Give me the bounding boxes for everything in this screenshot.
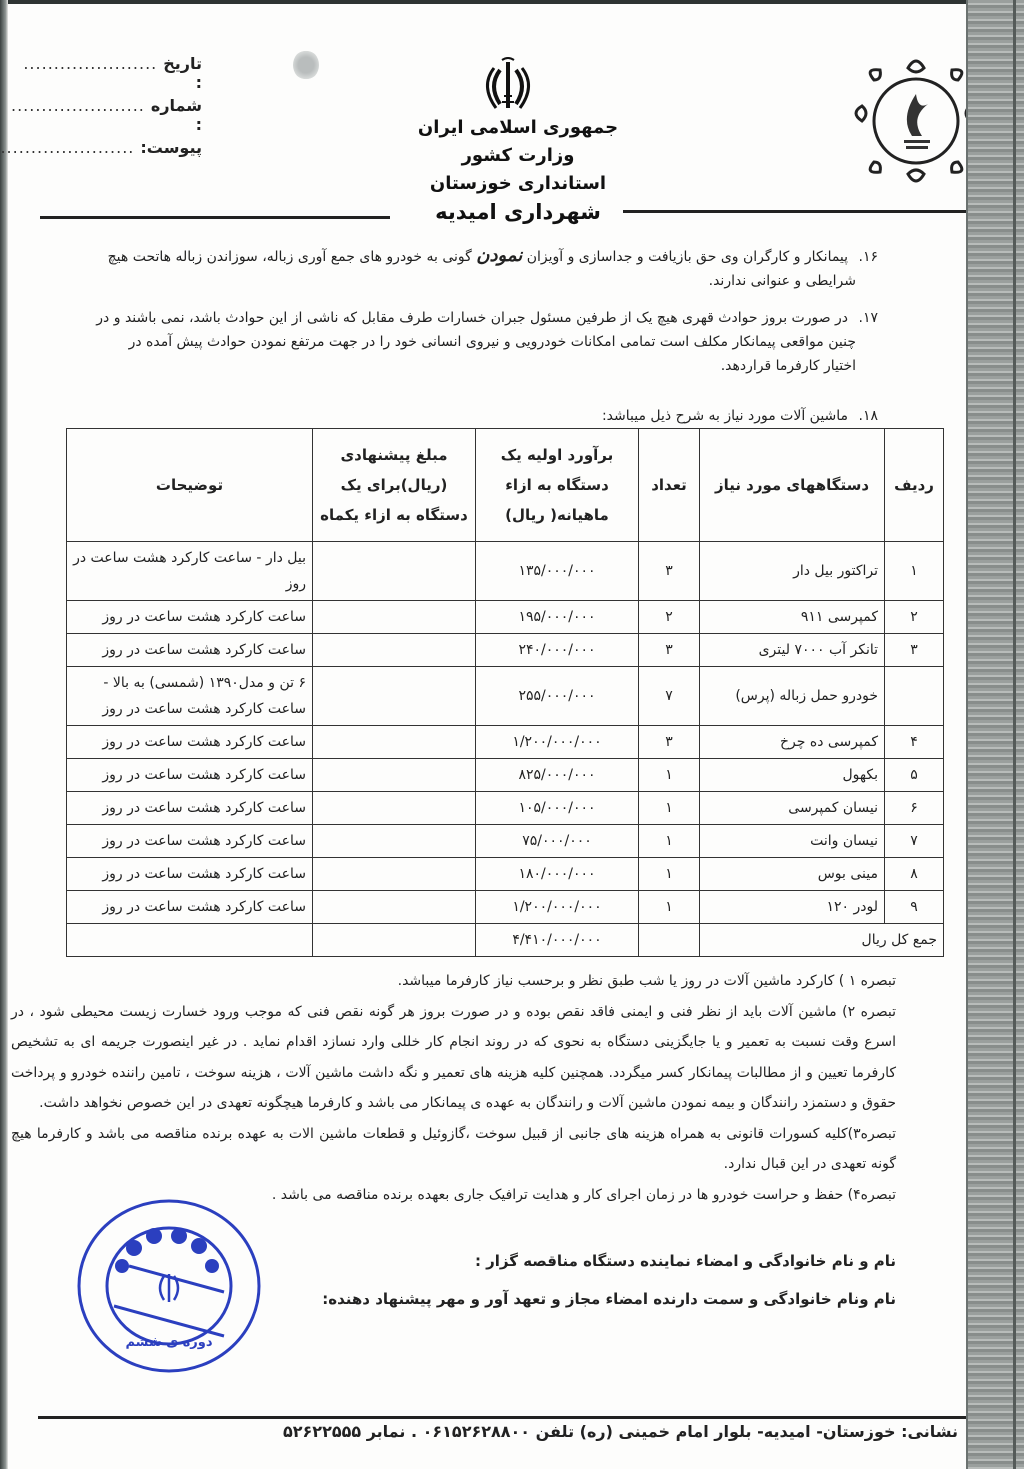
cell-quantity: ۱ — [639, 825, 700, 858]
cell-description: ساعت کارکرد هشت ساعت در روز — [67, 634, 313, 667]
cell-quantity: ۲ — [639, 601, 700, 634]
header-description: توضیحات — [67, 429, 313, 542]
cell-description: ساعت کارکرد هشت ساعت در روز — [67, 858, 313, 891]
cell-equipment: لودر ۱۲۰ — [700, 891, 885, 924]
cell-equipment: خودرو حمل زباله (پرس) — [700, 667, 885, 726]
cell-offer-input[interactable] — [313, 601, 476, 634]
cell-estimate: ۱۳۵/۰۰۰/۰۰۰ — [476, 542, 639, 601]
cell-description: ۶ تن و مدل۱۳۹۰ (شمسی) به بالا - ساعت کار… — [67, 667, 313, 726]
note-1: تبصره ۱ ) کارکرد ماشین آلات در روز یا شب… — [11, 966, 896, 997]
total-qty-empty — [639, 924, 700, 957]
footer-divider — [38, 1416, 966, 1419]
cell-equipment: تانکر آب ۷۰۰۰ لیتری — [700, 634, 885, 667]
header-index: ردیف — [885, 429, 944, 542]
cell-equipment: مینی بوس — [700, 858, 885, 891]
table-row: خودرو حمل زباله (پرس) ۷ ۲۵۵/۰۰۰/۰۰۰ ۶ تن… — [67, 667, 944, 726]
number-value: ...................... — [11, 96, 145, 138]
clause-18-text: ماشین آلات مورد نیاز به شرح ذیل میباشد: — [602, 408, 848, 424]
table-row: ۱ تراکتور بیل دار ۳ ۱۳۵/۰۰۰/۰۰۰ بیل دار … — [67, 542, 944, 601]
table-row: ۳ تانکر آب ۷۰۰۰ لیتری ۳ ۲۴۰/۰۰۰/۰۰۰ ساعت… — [67, 634, 944, 667]
cell-quantity: ۳ — [639, 634, 700, 667]
table-row: ۲ کمپرسی ۹۱۱ ۲ ۱۹۵/۰۰۰/۰۰۰ ساعت کارکرد ه… — [67, 601, 944, 634]
date-label: تاریخ : — [163, 54, 202, 96]
equipment-table: ردیف دستگاههای مورد نیاز تعداد برآورد او… — [66, 428, 944, 957]
letterhead-line-3: استانداری خوزستان — [388, 170, 648, 198]
header-equipment: دستگاههای مورد نیاز — [700, 429, 885, 542]
cell-index: ۹ — [885, 891, 944, 924]
cell-quantity: ۱ — [639, 858, 700, 891]
clause-17-number: ۱۷. — [859, 310, 879, 326]
cell-offer-input[interactable] — [313, 891, 476, 924]
cell-estimate: ۱۰۵/۰۰۰/۰۰۰ — [476, 792, 639, 825]
cell-offer-input[interactable] — [313, 667, 476, 726]
cell-description: ساعت کارکرد هشت ساعت در روز — [67, 759, 313, 792]
footer-address: نشانی: خوزستان- امیدیه- بلوار امام خمینی… — [78, 1422, 958, 1441]
cell-estimate: ۱/۲۰۰/۰۰۰/۰۰۰ — [476, 726, 639, 759]
cell-offer-input[interactable] — [313, 634, 476, 667]
date-row: تاریخ : ...................... — [42, 54, 202, 96]
cell-index — [885, 667, 944, 726]
clause-18-number: ۱۸. — [859, 408, 879, 424]
municipality-title: شهرداری امیدیه — [388, 198, 648, 226]
cell-estimate: ۱۹۵/۰۰۰/۰۰۰ — [476, 601, 639, 634]
cell-index: ۳ — [885, 634, 944, 667]
cell-quantity: ۱ — [639, 792, 700, 825]
cell-equipment: بکهول — [700, 759, 885, 792]
cell-index: ۸ — [885, 858, 944, 891]
letterhead-titles: جمهوری اسلامی ایران وزارت کشور استانداری… — [388, 114, 648, 226]
letterhead-line-1: جمهوری اسلامی ایران — [388, 114, 648, 142]
total-description-empty — [67, 924, 313, 957]
scan-edge-left — [0, 0, 8, 1469]
attachment-value: ...................... — [0, 138, 134, 180]
clause-18: ۱۸. ماشین آلات مورد نیاز به شرح ذیل میبا… — [0, 404, 878, 428]
cell-quantity: ۱ — [639, 891, 700, 924]
clause-16-text-a: پیمانکار و کارگران وی حق بازیافت و جداسا… — [527, 249, 848, 265]
cell-equipment: کمپرسی ۹۱۱ — [700, 601, 885, 634]
clause-16-number: ۱۶. — [859, 249, 879, 265]
note-2: تبصره ۲) ماشین آلات باید از نظر فنی و ای… — [11, 997, 896, 1119]
cell-equipment: نیسان کمپرسی — [700, 792, 885, 825]
clause-16-text-c: شرایطی و عنوانی ندارند. — [0, 269, 878, 293]
table-row: ۴ کمپرسی ده چرخ ۳ ۱/۲۰۰/۰۰۰/۰۰۰ ساعت کار… — [67, 726, 944, 759]
clause-17: ۱۷. در صورت بروز حوادث قهری هیچ یک از طر… — [0, 306, 878, 378]
header-divider-right — [623, 210, 983, 213]
cell-description: ساعت کارکرد هشت ساعت در روز — [67, 891, 313, 924]
cell-equipment: نیسان وانت — [700, 825, 885, 858]
cell-description: بیل دار - ساعت کارکرد هشت ساعت در روز — [67, 542, 313, 601]
attachment-label: پیوست: — [140, 138, 202, 180]
iran-emblem-icon — [478, 56, 538, 116]
letter-meta: تاریخ : ...................... شماره : .… — [42, 54, 202, 180]
clause-16-text-b: گونی به خودرو های جمع آوری زباله، سوزاند… — [108, 249, 472, 265]
cell-index: ۲ — [885, 601, 944, 634]
cell-offer-input[interactable] — [313, 759, 476, 792]
cell-description: ساعت کارکرد هشت ساعت در روز — [67, 792, 313, 825]
table-total-row: جمع کل ریال ۴/۴۱۰/۰۰۰/۰۰۰ — [67, 924, 944, 957]
clause-17-text-b: چنین مواقعی پیمانکار مکلف است تمامی امکا… — [0, 330, 878, 354]
council-stamp-icon: دوره ی ششم — [74, 1196, 264, 1376]
cell-offer-input[interactable] — [313, 825, 476, 858]
date-value: ...................... — [23, 54, 157, 96]
total-value: ۴/۴۱۰/۰۰۰/۰۰۰ — [476, 924, 639, 957]
faded-seal-icon — [293, 50, 319, 80]
cell-index: ۷ — [885, 825, 944, 858]
municipality-logo-icon — [846, 46, 986, 196]
cell-index: ۱ — [885, 542, 944, 601]
cell-quantity: ۳ — [639, 726, 700, 759]
svg-text:دوره ی ششم: دوره ی ششم — [125, 1335, 212, 1350]
cell-description: ساعت کارکرد هشت ساعت در روز — [67, 601, 313, 634]
cell-quantity: ۷ — [639, 667, 700, 726]
table-header-row: ردیف دستگاههای مورد نیاز تعداد برآورد او… — [67, 429, 944, 542]
cell-equipment: کمپرسی ده چرخ — [700, 726, 885, 759]
header-quantity: تعداد — [639, 429, 700, 542]
cell-offer-input[interactable] — [313, 792, 476, 825]
cell-estimate: ۲۴۰/۰۰۰/۰۰۰ — [476, 634, 639, 667]
table-row: ۸ مینی بوس ۱ ۱۸۰/۰۰۰/۰۰۰ ساعت کارکرد هشت… — [67, 858, 944, 891]
notes-section: تبصره ۱ ) کارکرد ماشین آلات در روز یا شب… — [11, 966, 896, 1210]
cell-estimate: ۲۵۵/۰۰۰/۰۰۰ — [476, 667, 639, 726]
cell-offer-input[interactable] — [313, 858, 476, 891]
cell-estimate: ۱/۲۰۰/۰۰۰/۰۰۰ — [476, 891, 639, 924]
cell-offer-input[interactable] — [313, 542, 476, 601]
cell-quantity: ۳ — [639, 542, 700, 601]
number-row: شماره : ...................... — [42, 96, 202, 138]
cell-description: ساعت کارکرد هشت ساعت در روز — [67, 726, 313, 759]
cell-index: ۶ — [885, 792, 944, 825]
scan-edge-right — [966, 0, 1024, 1469]
cell-index: ۵ — [885, 759, 944, 792]
cell-description: ساعت کارکرد هشت ساعت در روز — [67, 825, 313, 858]
table-row: ۵ بکهول ۱ ۸۲۵/۰۰۰/۰۰۰ ساعت کارکرد هشت سا… — [67, 759, 944, 792]
clause-17-text-c: اختیار کارفرما قراردهد. — [0, 354, 878, 378]
cell-offer-input[interactable] — [313, 726, 476, 759]
total-label: جمع کل ریال — [700, 924, 944, 957]
number-label: شماره : — [151, 96, 202, 138]
clause-16: ۱۶. پیمانکار و کارگران وی حق بازیافت و ج… — [0, 244, 878, 293]
cell-quantity: ۱ — [639, 759, 700, 792]
note-3: تبصره۳)کلیه کسورات قانونی به همراه هزینه… — [11, 1119, 896, 1180]
header-estimate: برآورد اولیه یک دستگاه به ازاء ماهیانه( … — [476, 429, 639, 542]
cell-equipment: تراکتور بیل دار — [700, 542, 885, 601]
header-divider-left — [40, 216, 390, 219]
header-offer: مبلغ پیشنهادی (ریال)برای یک دستگاه به از… — [313, 429, 476, 542]
attachment-row: پیوست: ...................... — [42, 138, 202, 180]
letterhead-line-2: وزارت کشور — [388, 142, 648, 170]
table-row: ۹ لودر ۱۲۰ ۱ ۱/۲۰۰/۰۰۰/۰۰۰ ساعت کارکرد ه… — [67, 891, 944, 924]
clause-17-text-a: در صورت بروز حوادث قهری هیچ یک از طرفین … — [96, 310, 848, 326]
total-offer-input[interactable] — [313, 924, 476, 957]
document-page: تاریخ : ...................... شماره : .… — [8, 4, 968, 1469]
cell-estimate: ۸۲۵/۰۰۰/۰۰۰ — [476, 759, 639, 792]
cell-estimate: ۷۵/۰۰۰/۰۰۰ — [476, 825, 639, 858]
table-row: ۶ نیسان کمپرسی ۱ ۱۰۵/۰۰۰/۰۰۰ ساعت کارکرد… — [67, 792, 944, 825]
table-row: ۷ نیسان وانت ۱ ۷۵/۰۰۰/۰۰۰ ساعت کارکرد هش… — [67, 825, 944, 858]
cell-index: ۴ — [885, 726, 944, 759]
clause-16-handwritten: نمودن — [476, 245, 522, 266]
cell-estimate: ۱۸۰/۰۰۰/۰۰۰ — [476, 858, 639, 891]
